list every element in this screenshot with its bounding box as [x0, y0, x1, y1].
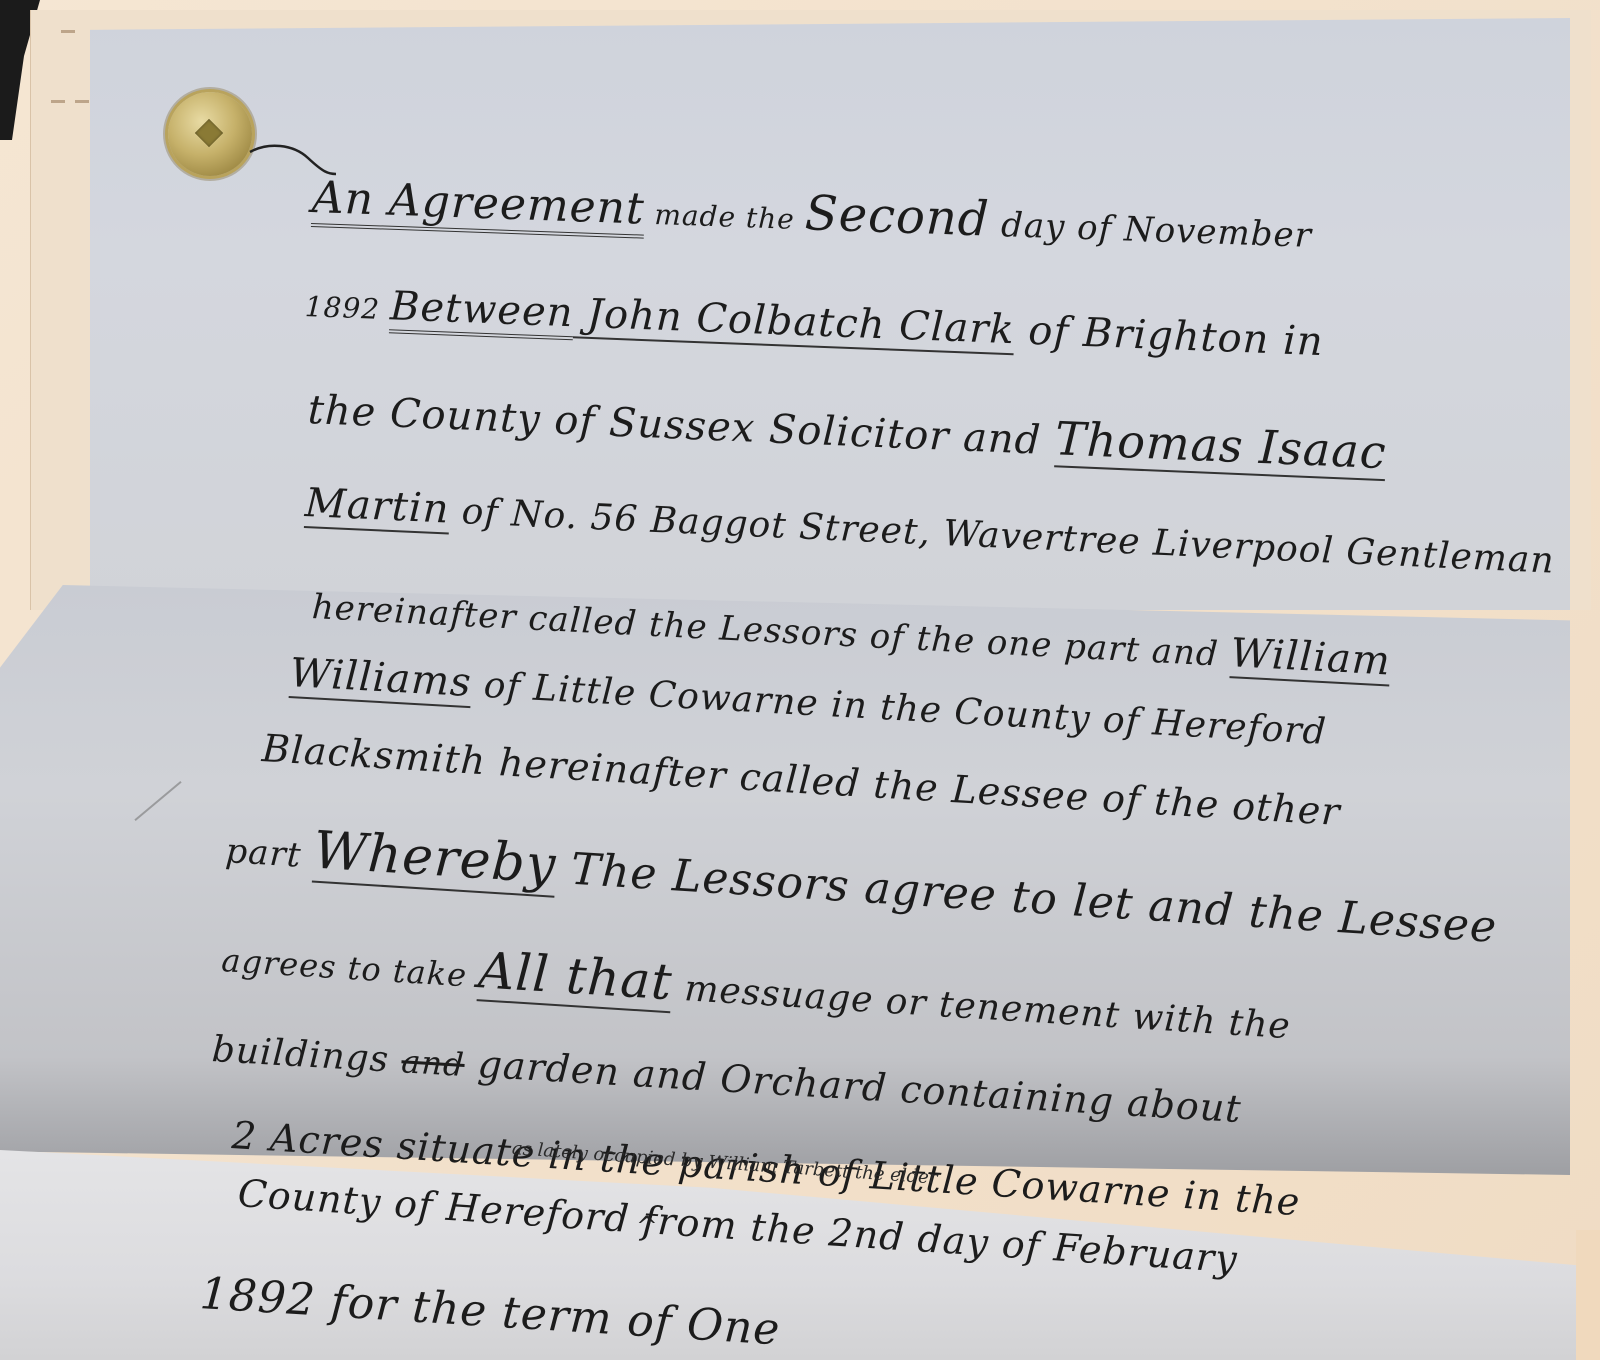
text-segment: day of November [989, 205, 1313, 256]
margin-tick [51, 100, 65, 103]
text-segment: Second [804, 185, 991, 247]
party-name-williams: Williams [289, 650, 473, 708]
backing-edge [1576, 1230, 1600, 1360]
insertion-caret-icon: ^ [636, 1212, 658, 1242]
struck-word: and [400, 1042, 465, 1084]
title-an-agreement: An Agreement [311, 172, 646, 239]
text-segment: part [224, 831, 314, 876]
brass-fastener-icon [168, 92, 252, 176]
fastener-diamond [195, 119, 223, 147]
text-segment: Between [389, 283, 574, 340]
text-segment: 1892 [304, 290, 390, 326]
margin-tick [75, 100, 89, 103]
text-segment: Martin [304, 480, 451, 535]
all-that-heading: All that [477, 941, 675, 1013]
party-name-william: William [1229, 630, 1392, 686]
margin-tick [61, 30, 75, 33]
text-segment: made the [644, 198, 805, 237]
